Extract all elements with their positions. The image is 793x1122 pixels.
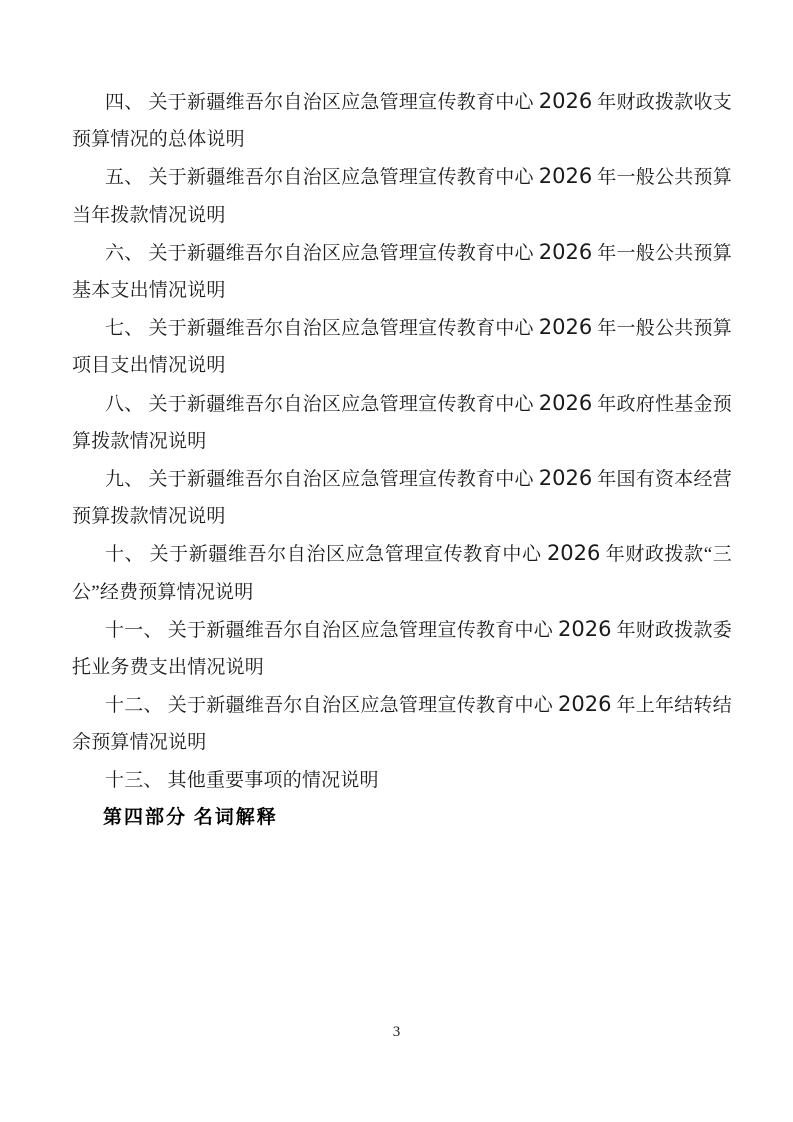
toc-item-11: 十一、 关于新疆维吾尔自治区应急管理宣传教育中心 2026 年财政拨款委托业务费… (72, 611, 732, 686)
page-number: 3 (0, 1022, 793, 1042)
toc-item-8: 八、 关于新疆维吾尔自治区应急管理宣传教育中心 2026 年政府性基金预算拨款情… (72, 385, 732, 460)
section-heading-part4: 第四部分 名词解释 (72, 799, 732, 836)
toc-item-5: 五、 关于新疆维吾尔自治区应急管理宣传教育中心 2026 年一般公共预算当年拨款… (72, 158, 732, 233)
toc-item-10: 十、 关于新疆维吾尔自治区应急管理宣传教育中心 2026 年财政拨款“三公”经费… (72, 535, 732, 610)
toc-item-13: 十三、 其他重要事项的情况说明 (72, 762, 732, 799)
document-page: 四、 关于新疆维吾尔自治区应急管理宣传教育中心 2026 年财政拨款收支预算情况… (0, 0, 793, 1122)
toc-item-7: 七、 关于新疆维吾尔自治区应急管理宣传教育中心 2026 年一般公共预算项目支出… (72, 309, 732, 384)
toc-content: 四、 关于新疆维吾尔自治区应急管理宣传教育中心 2026 年财政拨款收支预算情况… (72, 83, 732, 836)
toc-item-4: 四、 关于新疆维吾尔自治区应急管理宣传教育中心 2026 年财政拨款收支预算情况… (72, 83, 732, 158)
toc-item-6: 六、 关于新疆维吾尔自治区应急管理宣传教育中心 2026 年一般公共预算基本支出… (72, 234, 732, 309)
toc-item-12: 十二、 关于新疆维吾尔自治区应急管理宣传教育中心 2026 年上年结转结余预算情… (72, 686, 732, 761)
toc-item-9: 九、 关于新疆维吾尔自治区应急管理宣传教育中心 2026 年国有资本经营预算拨款… (72, 460, 732, 535)
